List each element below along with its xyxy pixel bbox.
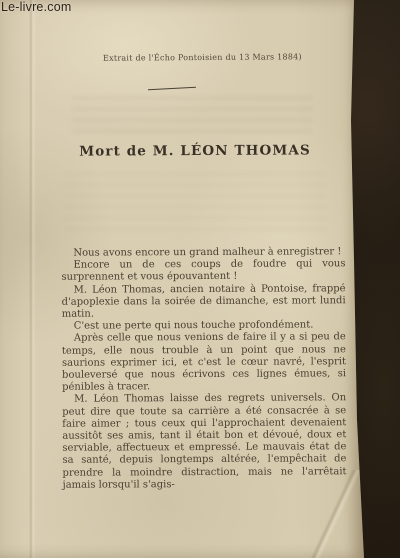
article-body: Nous avons encore un grand malheur à enr…: [61, 246, 346, 492]
body-paragraph: M. Léon Thomas laisse des regrets univer…: [62, 393, 347, 492]
show-through-ghost-text: [72, 96, 312, 134]
body-paragraph: M. Léon Thomas, ancien notaire à Pontois…: [62, 283, 346, 321]
show-through-ghost-text: [64, 172, 326, 234]
book-page: Le-livre.com Extrait de l'Écho Pontoisie…: [0, 0, 366, 558]
source-citation-line: Extrait de l'Écho Pontoisien du 13 Mars …: [103, 52, 302, 62]
divider-rule: [148, 87, 196, 91]
body-paragraph: Après celle que nous venions de faire il…: [62, 332, 346, 395]
seller-watermark: Le-livre.com: [1, 0, 71, 14]
scanned-document-photo: Le-livre.com Extrait de l'Écho Pontoisie…: [0, 0, 400, 558]
article-title: Mort de M. LÉON THOMAS: [30, 142, 360, 160]
body-paragraph: Encore un de ces coups de foudre qui vou…: [61, 258, 345, 284]
